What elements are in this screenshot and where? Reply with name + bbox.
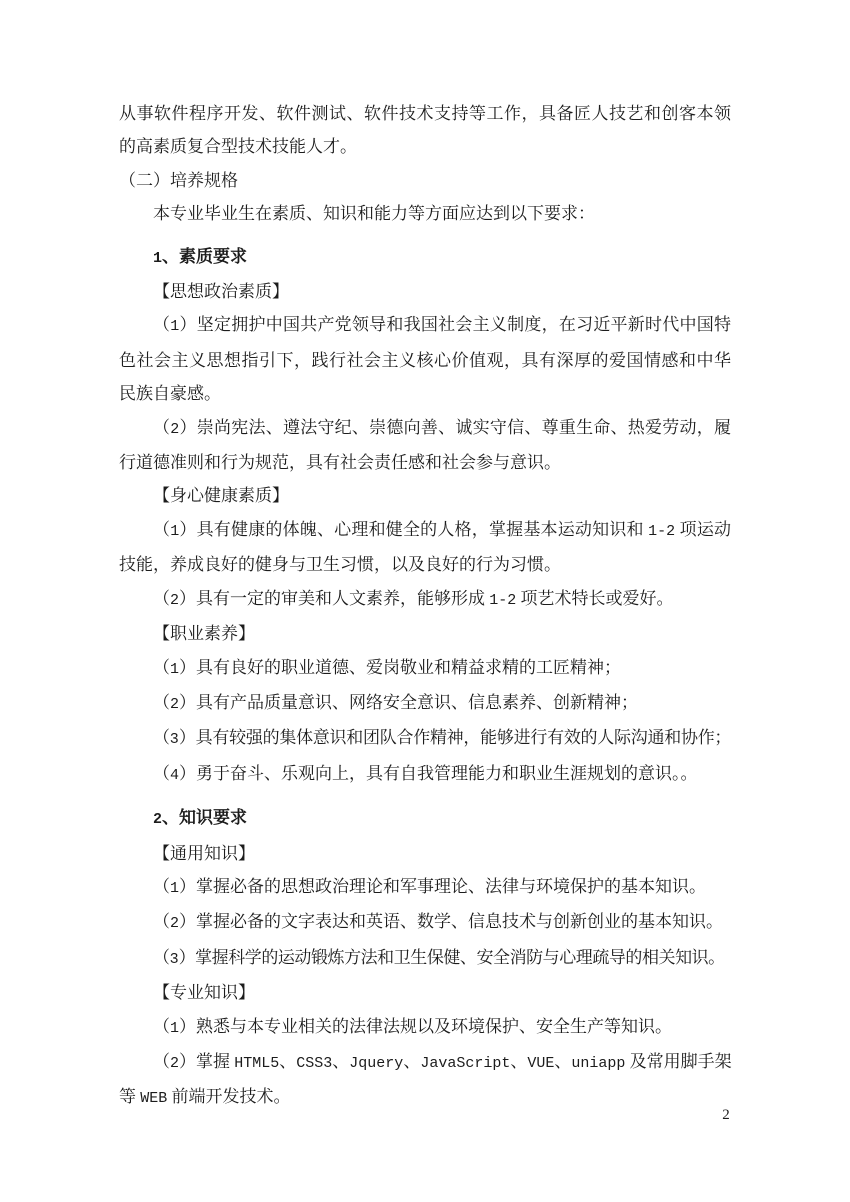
text-line: （2）掌握必备的文字表达和英语、数学、信息技术与创新创业的基本知识。 (119, 905, 731, 940)
text-line: （3）具有较强的集体意识和团队合作精神，能够进行有效的人际沟通和协作； (119, 721, 731, 756)
latin-text: VUE (527, 1055, 554, 1072)
text-line: 技能，养成良好的健身与卫生习惯，以及良好的行为习惯。 (119, 548, 731, 581)
latin-text: 2 (170, 696, 179, 713)
text-line: （3）掌握科学的运动锻炼方法和卫生保健、安全消防与心理疏导的相关知识。 (119, 941, 731, 976)
text-line: （1）坚定拥护中国共产党领导和我国社会主义制度，在习近平新时代中国特 (119, 308, 731, 343)
bracket-heading: 【专业知识】 (119, 976, 731, 1009)
text-line: （2）具有产品质量意识、网络安全意识、信息素养、创新精神； (119, 686, 731, 721)
section-heading: 2、知识要求 (119, 801, 731, 836)
latin-text: CSS3 (296, 1055, 332, 1072)
latin-text: 2 (170, 592, 179, 609)
text-line: （1）具有良好的职业道德、爱岗敬业和精益求精的工匠精神； (119, 651, 731, 686)
page-number: 2 (716, 1107, 736, 1124)
bracket-heading: 【通用知识】 (119, 837, 731, 870)
latin-text: 2 (153, 811, 162, 828)
text-line: 本专业毕业生在素质、知识和能力等方面应达到以下要求： (119, 197, 731, 230)
bracket-heading: 【职业素养】 (119, 617, 731, 650)
text-line: 等 WEB 前端开发技术。 (119, 1080, 731, 1115)
latin-text: 1 (153, 250, 162, 267)
document-page: 从事软件程序开发、软件测试、软件技术支持等工作，具备匠人技艺和创客本领的高素质复… (0, 0, 850, 1202)
latin-text: 1 (170, 661, 179, 678)
document-body: 从事软件程序开发、软件测试、软件技术支持等工作，具备匠人技艺和创客本领的高素质复… (119, 97, 731, 1116)
latin-text: 3 (170, 951, 179, 968)
latin-text: WEB (140, 1090, 167, 1107)
latin-text: 1 (170, 318, 179, 335)
latin-text: 1-2 (489, 592, 516, 609)
latin-text: 1-2 (648, 523, 675, 540)
latin-text: 2 (170, 421, 179, 438)
bracket-heading: 【思想政治素质】 (119, 275, 731, 308)
text-line: （2）掌握 HTML5、CSS3、Jquery、JavaScript、VUE、u… (119, 1045, 731, 1080)
text-line: （1）熟悉与本专业相关的法律法规以及环境保护、安全生产等知识。 (119, 1010, 731, 1045)
text-line: 行道德准则和行为规范，具有社会责任感和社会参与意识。 (119, 446, 731, 479)
latin-text: 2 (170, 915, 179, 932)
latin-text: 4 (170, 767, 179, 784)
latin-text: Jquery (349, 1055, 403, 1072)
text-line: 民族自豪感。 (119, 377, 731, 410)
latin-text: 1 (170, 880, 179, 897)
latin-text: JavaScript (420, 1055, 510, 1072)
latin-text: 1 (170, 1020, 179, 1037)
section-heading: 1、素质要求 (119, 240, 731, 275)
latin-text: uniapp (571, 1055, 625, 1072)
text-line: 色社会主义思想指引下，践行社会主义核心价值观，具有深厚的爱国情感和中华 (119, 344, 731, 377)
text-line: 从事软件程序开发、软件测试、软件技术支持等工作，具备匠人技艺和创客本领 (119, 97, 731, 130)
text-line: （二）培养规格 (119, 164, 731, 197)
text-line: （2）具有一定的审美和人文素养，能够形成 1-2 项艺术特长或爱好。 (119, 582, 731, 617)
latin-text: 2 (170, 1055, 179, 1072)
text-line: （4）勇于奋斗、乐观向上，具有自我管理能力和职业生涯规划的意识。。 (119, 757, 731, 792)
text-line: 的高素质复合型技术技能人才。 (119, 130, 731, 163)
text-line: （1）掌握必备的思想政治理论和军事理论、法律与环境保护的基本知识。 (119, 870, 731, 905)
text-line: （2）崇尚宪法、遵法守纪、崇德向善、诚实守信、尊重生命、热爱劳动，履 (119, 411, 731, 446)
latin-text: 3 (170, 731, 179, 748)
bracket-heading: 【身心健康素质】 (119, 479, 731, 512)
latin-text: 1 (170, 523, 179, 540)
latin-text: HTML5 (234, 1055, 279, 1072)
text-line: （1）具有健康的体魄、心理和健全的人格，掌握基本运动知识和 1-2 项运动 (119, 513, 731, 548)
